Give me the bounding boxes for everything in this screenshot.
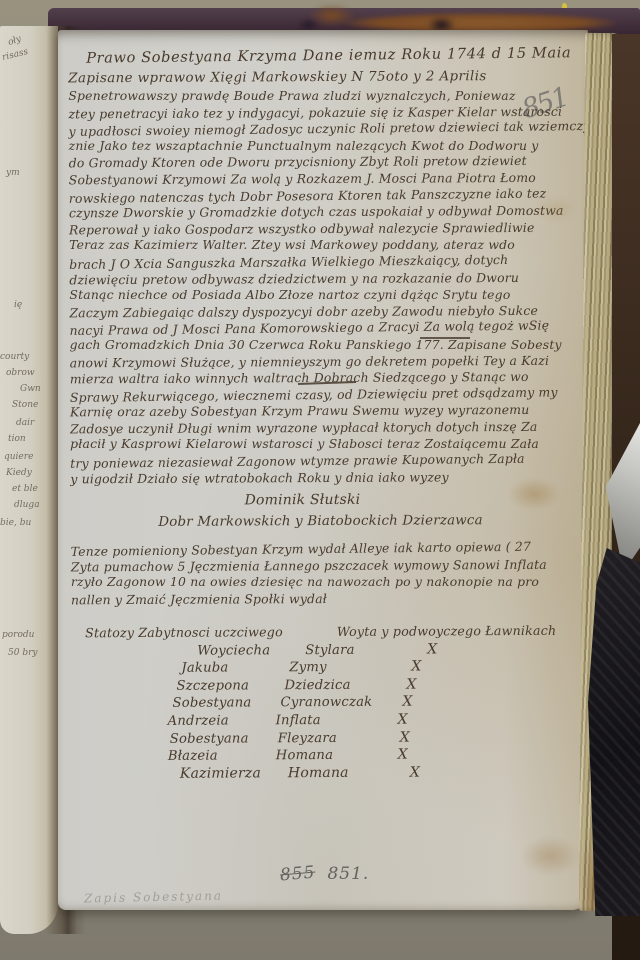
signature-name: Dominik Słutski [70,488,584,513]
manuscript-line: Zapisane wprawow Xięgi Markowskiey N 75o… [68,66,582,90]
text-fragment: et ble [12,484,38,494]
witness-row: Andrzeia Inflata X [168,711,586,731]
witness-surname: Dziedzica [284,676,406,694]
manuscript-line: Spenetrowawszy prawdę Boude Prawa zludzi… [68,88,582,105]
text-fragment: ym [6,168,20,178]
witness-cross-mark: X [402,694,432,712]
pencil-annotation: Zapis Sobestyana [84,889,223,906]
pencil-page-numbers-bottom: 855851. [280,864,369,884]
witness-cross-mark: X [427,641,457,659]
witness-row: Sobestyana Cyranowczak X [172,693,585,713]
manuscript-line: rzyło Zagonow 10 na owies dziesięc na na… [71,574,585,591]
manuscript-line: nallen y Zmaić Jęczmienia Społki wydał [71,590,585,609]
witness-surname: Cyranowczak [280,694,402,712]
witness-surname: Homana [276,747,398,765]
witness-given-name: Andrzeia [168,712,276,730]
witness-list: Woyciecha Stylara X Jakuba Zymy X Szczep… [167,640,586,783]
witness-row: Błazeia Homana X [168,746,586,766]
witness-given-name: Błazeia [168,747,276,765]
witness-row: Szczepona Dziedzica X [176,675,585,695]
witness-given-name: Sobestyana [170,730,278,748]
witness-surname: Inflata [276,712,398,730]
witness-header-left: Statozy Zabytnosci uczciwego [85,624,283,640]
black-strap [588,548,640,916]
pencil-number-current: 851. [327,864,369,884]
text-fragment: courty [0,352,29,362]
witness-row: Kazimierza Homana X [180,763,586,783]
witness-cross-mark: X [406,676,436,694]
witness-row: Woyciecha Stylara X [197,640,585,660]
manuscript-line: gach Gromadzkich Dnia 30 Czerwca Roku Pa… [70,337,584,354]
witness-given-name: Sobestyana [172,695,280,713]
manuscript-line: Stanąc niechce od Posiada Albo Złoze nar… [69,287,583,304]
text-fragment: risass [1,47,29,63]
witness-header-right: Woyta y podwoyczego Ławnikach [337,622,556,638]
signature-title: Dobr Markowskich y Biatobockich Dzierzaw… [71,510,585,534]
text-fragment: obrow [6,368,35,378]
text-fragment: porodu [2,630,34,640]
witness-surname: Zymy [289,659,411,677]
witness-cross-mark: X [398,711,428,729]
manuscript-line: Zadosye uczynił Długi wnim wyrazone wypł… [70,419,584,438]
text-fragment: bie, bu [0,518,31,528]
witness-surname: Fleyzara [278,729,400,747]
text-fragment: dluga [14,500,40,510]
text-fragment: Gwn [20,384,41,394]
text-fragment: tion [8,434,26,444]
manuscript-page: 851 Prawo Sobestyana Krzyma Dane iemuz R… [58,30,588,910]
text-fragment: ię [14,300,22,310]
witness-given-name: Szczepona [176,677,284,695]
text-fragment: oły [7,34,23,48]
witness-header: Statozy Zabytnosci uczciwego Woyta y pod… [71,622,585,640]
witness-surname: Stylara [305,641,427,659]
witness-cross-mark: X [398,747,428,765]
text-fragment: 50 bry [8,648,37,658]
witness-cross-mark: X [410,764,440,782]
witness-cross-mark: X [400,729,430,747]
facing-page-edge: ołyrisassymięcourtyobrowGwnStonedairtion… [0,26,58,934]
witness-given-name: Jakuba [181,659,289,677]
witness-row: Jakuba Zymy X [181,658,585,678]
text-fragment: dair [16,418,34,428]
addendum-paragraph: Tenze pomieniony Sobestyan Krzym wydał A… [71,540,585,609]
witness-surname: Homana [288,764,410,782]
witness-given-name: Kazimierza [180,765,288,783]
archival-book-photo: ołyrisassymięcourtyobrowGwnStonedairtion… [0,0,640,960]
text-fragment: Stone [12,400,38,410]
witness-given-name: Woyciecha [197,642,305,660]
witness-row: Sobestyana Fleyzara X [170,728,586,748]
manuscript-line: Reperował y iako Gospodarz wszystko odby… [69,219,583,238]
pencil-number-crossed: 855 [279,862,316,885]
manuscript-line: znie Jako tez wszaptachnie Punctualnym n… [69,138,583,155]
text-fragment: Kiedy [6,468,32,478]
text-fragment: quiere [4,452,33,462]
paper-stain [520,836,580,876]
ink-underline [420,337,470,339]
deed-paragraph: Prawo Sobestyana Krzyma Dane iemuz Roku … [68,43,584,488]
witness-cross-mark: X [411,659,441,677]
manuscript-text: Prawo Sobestyana Krzyma Dane iemuz Roku … [68,43,586,784]
